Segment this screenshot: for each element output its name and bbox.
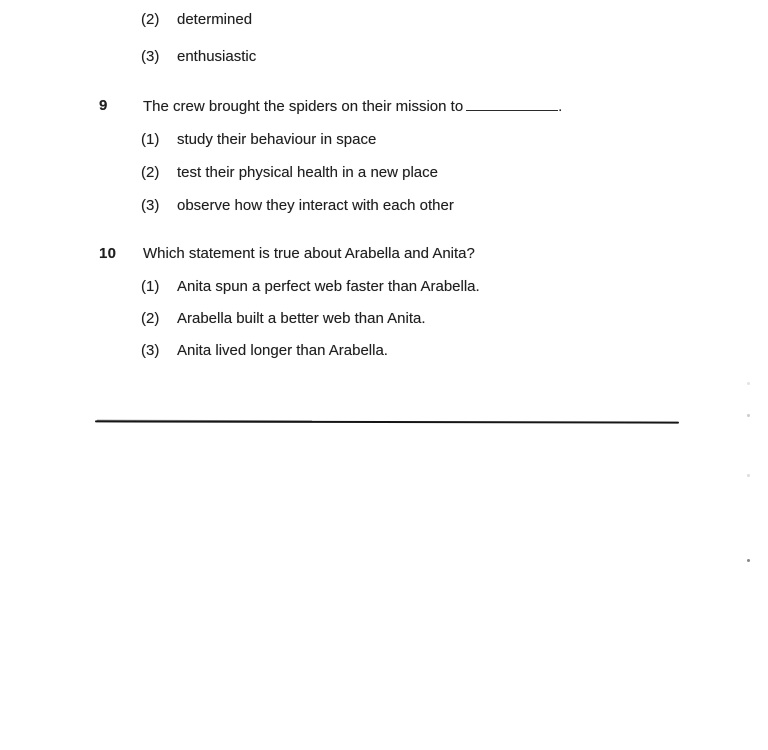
option-label: (1)	[141, 278, 159, 295]
option-label: (2)	[141, 11, 159, 28]
question-prompt: The crew brought the spiders on their mi…	[143, 97, 562, 115]
blank-suffix: .	[558, 98, 562, 115]
question-number: 10	[99, 245, 116, 262]
question-number: 9	[99, 97, 108, 114]
option-text: enthusiastic	[177, 48, 256, 65]
option-label: (3)	[141, 48, 159, 65]
option-label: (3)	[141, 197, 159, 214]
option-label: (1)	[141, 131, 159, 148]
option-label: (3)	[141, 342, 159, 359]
option-label: (2)	[141, 310, 159, 327]
scan-artifact-dot	[747, 474, 750, 477]
scan-artifact-dot	[747, 414, 750, 417]
question-prompt: Which statement is true about Arabella a…	[143, 245, 475, 262]
scan-artifact-dot	[747, 559, 750, 562]
option-text: Anita spun a perfect web faster than Ara…	[177, 278, 480, 295]
scanned-exam-page: (2) determined (3) enthusiastic 9 The cr…	[0, 0, 768, 750]
option-text: study their behaviour in space	[177, 131, 376, 148]
option-text: determined	[177, 11, 252, 28]
option-text: Arabella built a better web than Anita.	[177, 310, 426, 327]
option-text: observe how they interact with each othe…	[177, 197, 454, 214]
option-label: (2)	[141, 164, 159, 181]
option-text: Anita lived longer than Arabella.	[177, 342, 388, 359]
scan-artifact-dot	[747, 382, 750, 385]
fill-in-blank-line	[466, 97, 558, 111]
section-divider	[95, 420, 679, 424]
question-prompt-text: The crew brought the spiders on their mi…	[143, 98, 463, 115]
option-text: test their physical health in a new plac…	[177, 164, 438, 181]
